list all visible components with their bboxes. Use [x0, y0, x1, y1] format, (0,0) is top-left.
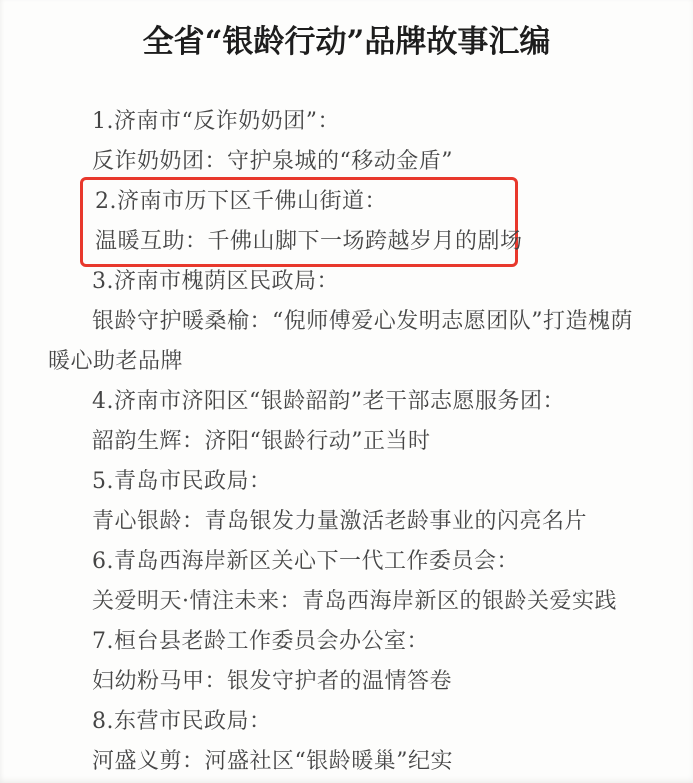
document-line: 河盛义剪：河盛社区“银龄暖巢”纪实 [48, 742, 653, 782]
document-title: 全省“银龄行动”品牌故事汇编 [0, 0, 693, 61]
document-body: 1.济南市“反诈奶奶团”：反诈奶奶团：守护泉城的“移动金盾”2.济南市历下区千佛… [48, 61, 653, 782]
document-line: 关爱明天·情注未来：青岛西海岸新区的银龄关爱实践 [48, 582, 653, 622]
document-line: 2.济南市历下区千佛山街道： [83, 182, 515, 222]
document-line: 7.桓台县老龄工作委员会办公室： [48, 622, 653, 662]
document-section: 4.济南市济阳区“银龄韶韵”老干部志愿服务团：韶韵生辉：济阳“银龄行动”正当时 [48, 382, 653, 462]
document-line: 1.济南市“反诈奶奶团”： [48, 102, 653, 142]
document-line: 8.东营市民政局： [48, 702, 653, 742]
document-line: 6.青岛西海岸新区关心下一代工作委员会： [48, 542, 653, 582]
document-line: 5.青岛市民政局： [48, 462, 653, 502]
highlight-box: 2.济南市历下区千佛山街道：温暖互助：千佛山脚下一场跨越岁月的剧场 [80, 177, 518, 267]
document-line: 3.济南市槐荫区民政局： [48, 262, 653, 302]
document-section: 8.东营市民政局：河盛义剪：河盛社区“银龄暖巢”纪实 [48, 702, 653, 782]
document-section: 3.济南市槐荫区民政局：银龄守护暖桑榆：“倪师傅爱心发明志愿团队”打造槐荫暖心助… [48, 262, 653, 382]
document-line: 暖心助老品牌 [48, 342, 653, 382]
document-section: 6.青岛西海岸新区关心下一代工作委员会：关爱明天·情注未来：青岛西海岸新区的银龄… [48, 542, 653, 622]
document-section: 5.青岛市民政局：青心银龄：青岛银发力量激活老龄事业的闪亮名片 [48, 462, 653, 542]
document-line: 银龄守护暖桑榆：“倪师傅爱心发明志愿团队”打造槐荫 [48, 302, 653, 342]
document-line: 温暖互助：千佛山脚下一场跨越岁月的剧场 [83, 222, 515, 262]
document-section: 7.桓台县老龄工作委员会办公室：妇幼粉马甲：银发守护者的温情答卷 [48, 622, 653, 702]
document-section: 1.济南市“反诈奶奶团”：反诈奶奶团：守护泉城的“移动金盾” [48, 102, 653, 182]
document-line: 妇幼粉马甲：银发守护者的温情答卷 [48, 662, 653, 702]
document-line: 反诈奶奶团：守护泉城的“移动金盾” [48, 142, 653, 182]
document-line: 韶韵生辉：济阳“银龄行动”正当时 [48, 422, 653, 462]
document-page: 全省“银龄行动”品牌故事汇编 1.济南市“反诈奶奶团”：反诈奶奶团：守护泉城的“… [0, 0, 693, 783]
document-line: 青心银龄：青岛银发力量激活老龄事业的闪亮名片 [48, 502, 653, 542]
document-line: 4.济南市济阳区“银龄韶韵”老干部志愿服务团： [48, 382, 653, 422]
